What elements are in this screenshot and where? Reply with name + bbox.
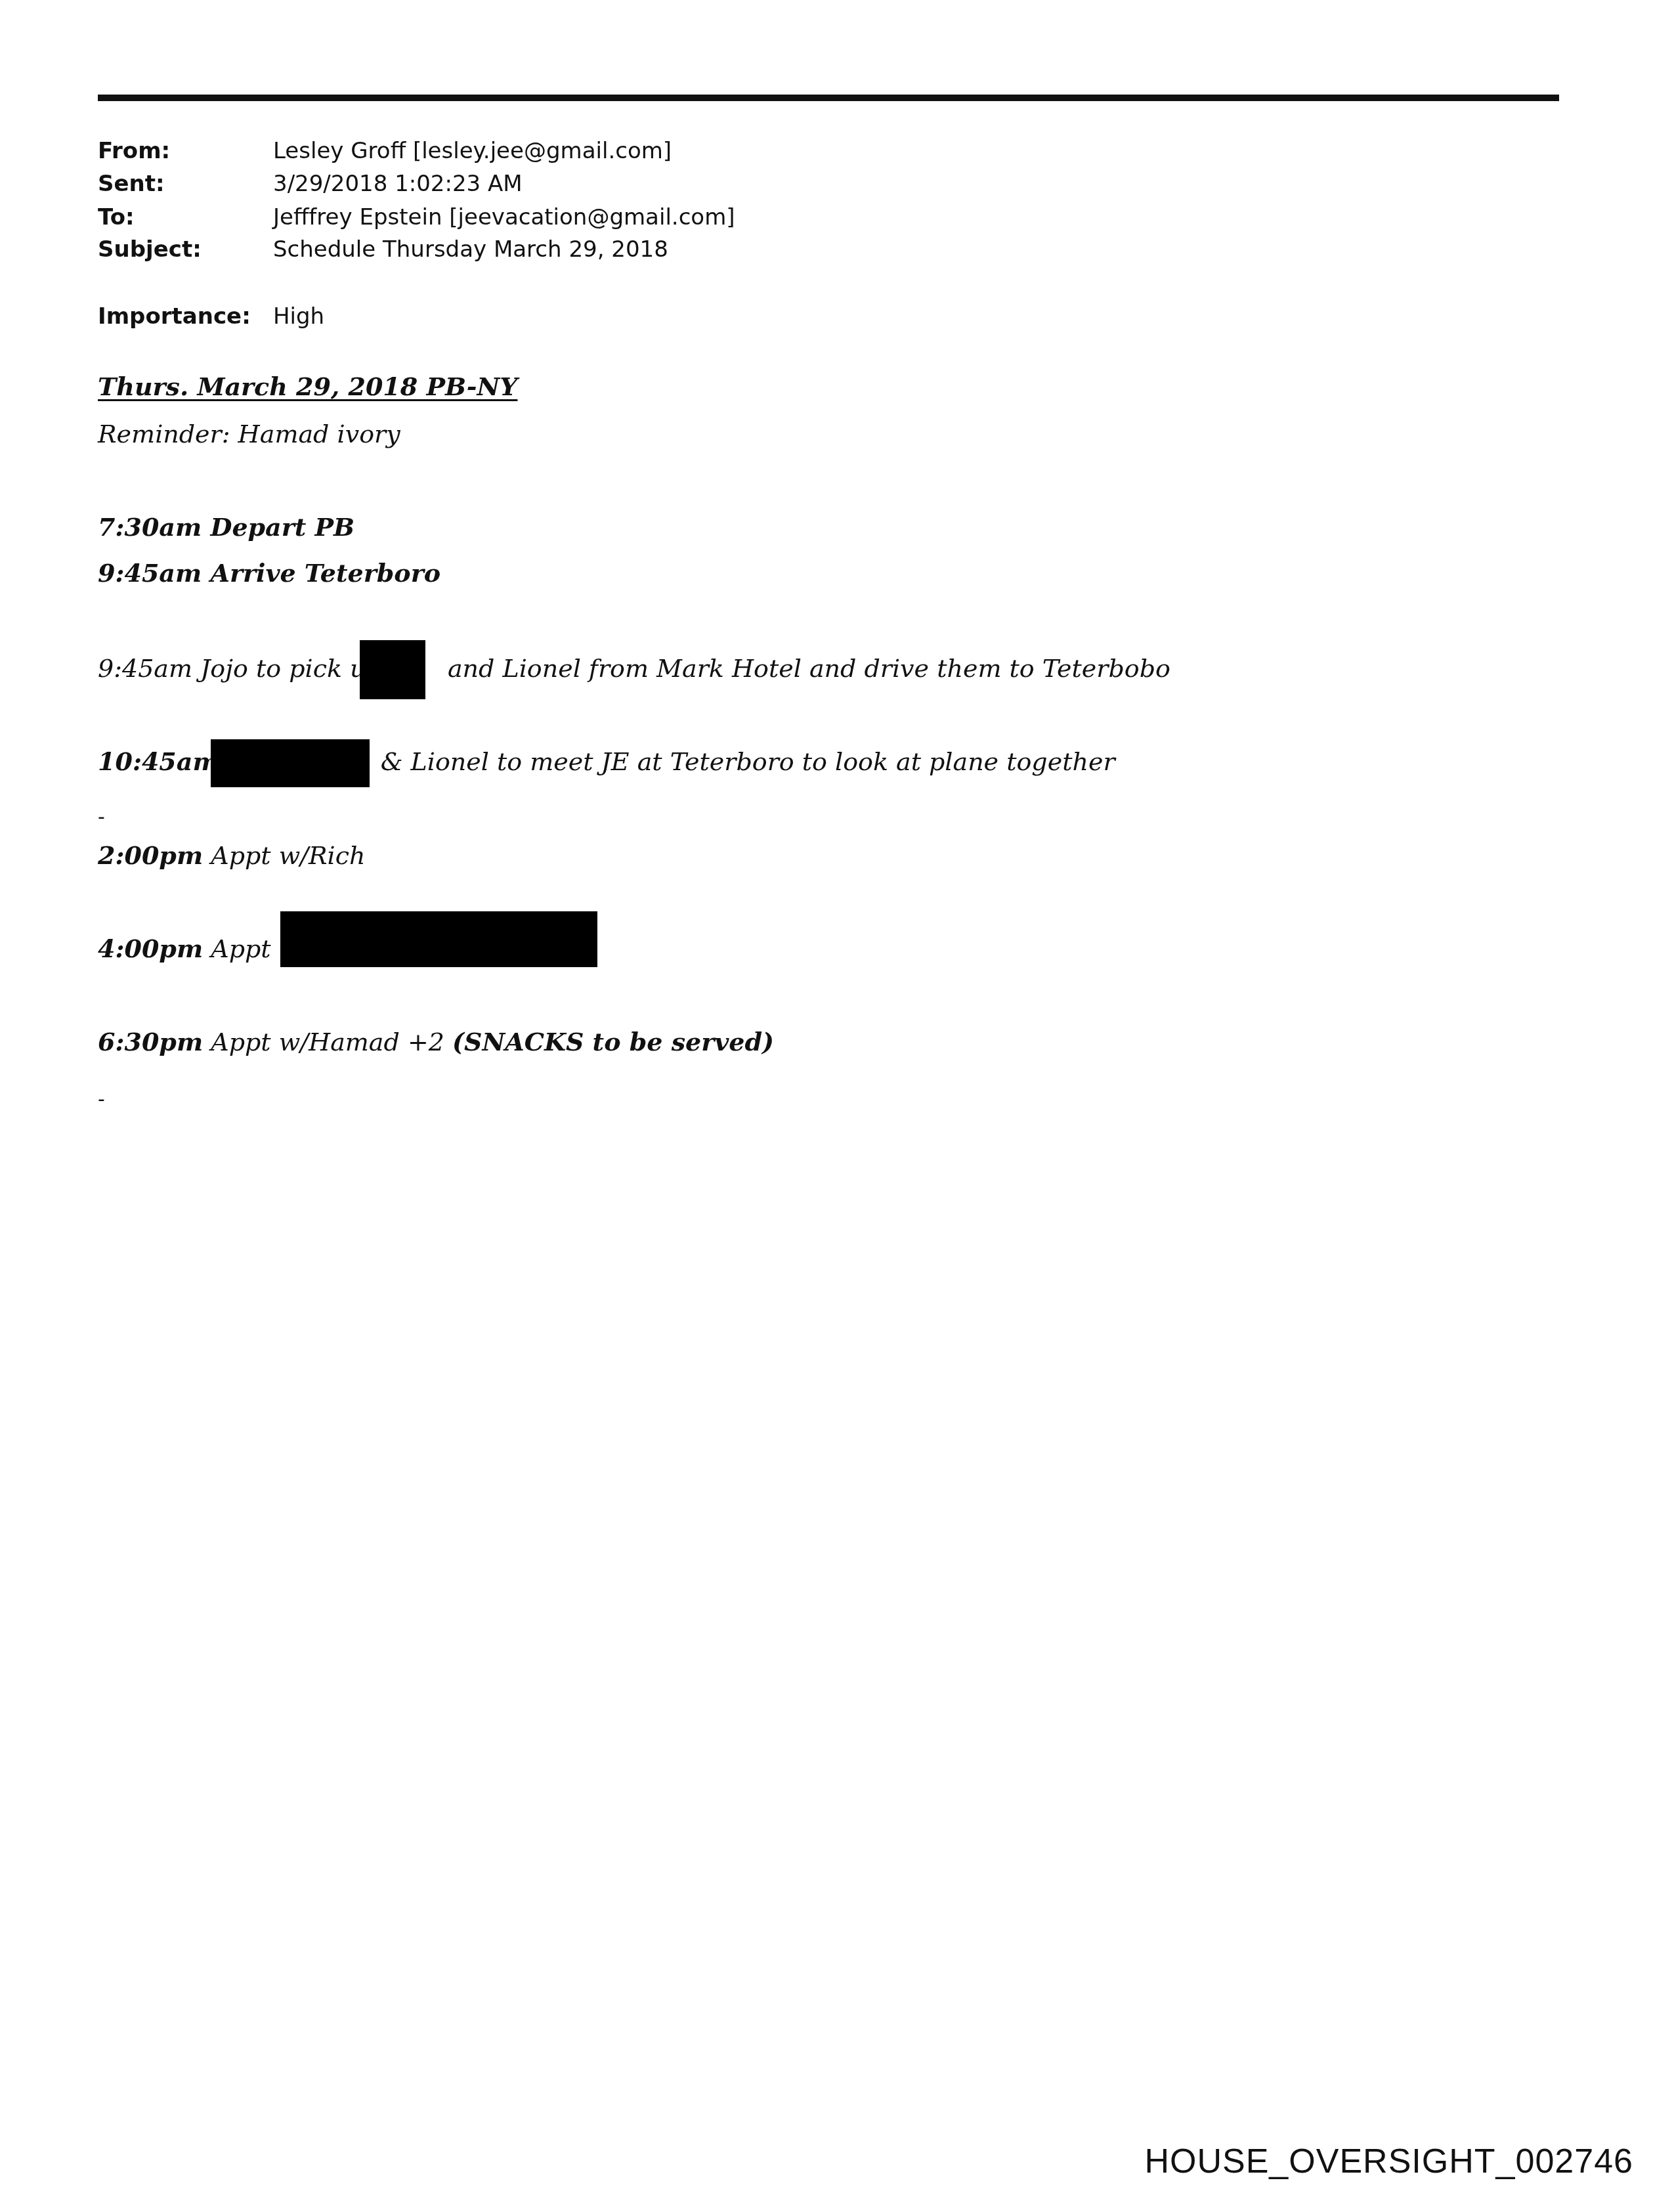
schedule-item: 9:45am Arrive Teterboro bbox=[98, 557, 440, 590]
sent-row: Sent:3/29/2018 1:02:23 AM bbox=[98, 169, 523, 198]
schedule-heading: Thurs. March 29, 2018 PB-NY bbox=[98, 370, 517, 403]
item-text: Appt w/Rich bbox=[211, 841, 365, 870]
to-row: To:Jefffrey Epstein [jeevacation@gmail.c… bbox=[98, 203, 735, 232]
item-time: 6:30pm bbox=[98, 1027, 203, 1056]
reminder-line: Reminder: Hamad ivory bbox=[98, 418, 400, 450]
schedule-item: 9:45am Jojo to pick upand Lionel from Ma… bbox=[98, 652, 1170, 685]
schedule-item: 2:00pm Appt w/Rich bbox=[98, 839, 366, 872]
to-label: To: bbox=[98, 203, 273, 232]
item-text-after: & Lionel to meet JE at Teterboro to look… bbox=[381, 747, 1115, 776]
schedule-item: 4:00pm Appt w bbox=[98, 932, 300, 965]
to-value: Jefffrey Epstein [jeevacation@gmail.com] bbox=[273, 203, 735, 232]
item-note: (SNACKS to be served) bbox=[452, 1027, 774, 1056]
item-time: 9:45am bbox=[98, 558, 202, 588]
item-time: 10:45am bbox=[98, 747, 219, 776]
subject-row: Subject:Schedule Thursday March 29, 2018 bbox=[98, 235, 668, 264]
item-text: Arrive Teterboro bbox=[210, 558, 440, 588]
schedule-item: 6:30pm Appt w/Hamad +2 (SNACKS to be ser… bbox=[98, 1026, 774, 1058]
redaction-box bbox=[211, 739, 370, 787]
item-text: Appt w/Hamad +2 bbox=[211, 1028, 444, 1056]
header-rule bbox=[98, 95, 1559, 101]
from-value: Lesley Groff [lesley.jee@gmail.com] bbox=[273, 137, 672, 165]
subject-value: Schedule Thursday March 29, 2018 bbox=[273, 235, 668, 264]
item-time: 2:00pm bbox=[98, 840, 203, 870]
separator-dash: - bbox=[98, 1090, 105, 1110]
importance-row: Importance:High bbox=[98, 302, 324, 331]
item-time: 4:00pm bbox=[98, 934, 203, 963]
item-time: 9:45am bbox=[98, 654, 192, 683]
importance-value: High bbox=[273, 302, 324, 331]
item-text: Jojo to pick up bbox=[200, 654, 382, 683]
sent-label: Sent: bbox=[98, 169, 273, 198]
separator-dash: - bbox=[98, 808, 105, 827]
schedule-item: 7:30am Depart PB bbox=[98, 511, 354, 544]
redaction-box bbox=[360, 640, 425, 699]
item-text: Depart PB bbox=[210, 512, 354, 542]
subject-label: Subject: bbox=[98, 235, 273, 264]
redaction-box bbox=[280, 911, 597, 967]
importance-label: Importance: bbox=[98, 302, 273, 331]
from-label: From: bbox=[98, 137, 273, 165]
item-time: 7:30am bbox=[98, 512, 202, 542]
item-text-after: and Lionel from Mark Hotel and drive the… bbox=[448, 654, 1170, 683]
sent-value: 3/29/2018 1:02:23 AM bbox=[273, 169, 523, 198]
from-row: From:Lesley Groff [lesley.jee@gmail.com] bbox=[98, 137, 672, 165]
bates-number: HOUSE_OVERSIGHT_002746 bbox=[1144, 2142, 1633, 2181]
